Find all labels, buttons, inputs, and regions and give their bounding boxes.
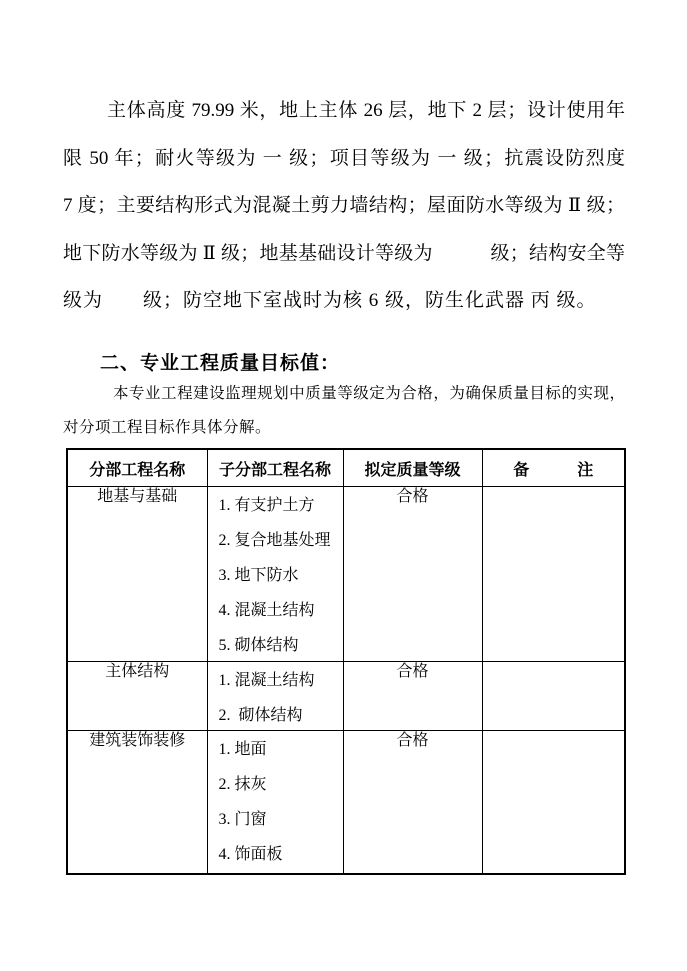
- quality-grade-cell: 合格: [343, 662, 482, 731]
- note-cell: [482, 662, 625, 731]
- intro-paragraph: 主体高度 79.99 米，地上主体 26 层，地下 2 层；设计使用年 限 50…: [63, 87, 625, 325]
- intro-line-3: 7 度；主要结构形式为混凝土剪力墙结构；屋面防水等级为 Ⅱ 级；: [63, 182, 625, 230]
- subdivision-item: 2. 抹灰: [219, 775, 339, 795]
- subdivision-item: 2. 砌体结构: [219, 706, 339, 726]
- section-paragraph: 本专业工程建设监理规划中质量等级定为合格，为确保质量目标的实现， 对分项工程目标…: [63, 377, 625, 445]
- subdivision-items-cell: 1. 混凝土结构 2. 砌体结构: [207, 662, 343, 731]
- quality-grade-cell: 合格: [343, 487, 482, 662]
- quality-target-table: 分部工程名称 子分部工程名称 拟定质量等级 备 注 地基与基础 1. 有支护土方…: [66, 448, 626, 875]
- document-page: 主体高度 79.99 米，地上主体 26 层，地下 2 层；设计使用年 限 50…: [0, 0, 687, 971]
- header-note: 备 注: [482, 449, 625, 487]
- subdivision-item: 2. 复合地基处理: [219, 531, 339, 551]
- subdivision-item: 4. 混凝土结构: [219, 601, 339, 621]
- subdivision-item: 1. 混凝土结构: [219, 671, 339, 691]
- intro-line-1: 主体高度 79.99 米，地上主体 26 层，地下 2 层；设计使用年: [63, 87, 625, 135]
- intro-line-2: 限 50 年；耐火等级为 一 级；项目等级为 一 级；抗震设防烈度: [63, 135, 625, 183]
- note-cell: [482, 731, 625, 874]
- section-heading: 二、专业工程质量目标值：: [63, 350, 625, 378]
- table-header-row: 分部工程名称 子分部工程名称 拟定质量等级 备 注: [67, 449, 625, 487]
- table-row-main-structure: 主体结构 1. 混凝土结构 2. 砌体结构 合格: [67, 662, 625, 731]
- table-row-decoration: 建筑装饰装修 1. 地面 2. 抹灰 3. 门窗 4. 饰面板 合格: [67, 731, 625, 874]
- subdivision-items-cell: 1. 有支护土方 2. 复合地基处理 3. 地下防水 4. 混凝土结构 5. 砌…: [207, 487, 343, 662]
- subdivision-item: 3. 地下防水: [219, 566, 339, 586]
- section-paragraph-line-2: 对分项工程目标作具体分解。: [63, 411, 625, 445]
- note-cell: [482, 487, 625, 662]
- division-name-cell: 建筑装饰装修: [67, 731, 207, 874]
- subdivision-items-cell: 1. 地面 2. 抹灰 3. 门窗 4. 饰面板: [207, 731, 343, 874]
- table-row-foundation: 地基与基础 1. 有支护土方 2. 复合地基处理 3. 地下防水 4. 混凝土结…: [67, 487, 625, 662]
- header-quality-grade: 拟定质量等级: [343, 449, 482, 487]
- header-division-name: 分部工程名称: [67, 449, 207, 487]
- subdivision-item: 1. 有支护土方: [219, 496, 339, 516]
- intro-line-4: 地下防水等级为 Ⅱ 级；地基基础设计等级为 级；结构安全等: [63, 230, 625, 278]
- header-subdivision-name: 子分部工程名称: [207, 449, 343, 487]
- subdivision-item: 3. 门窗: [219, 810, 339, 830]
- quality-grade-cell: 合格: [343, 731, 482, 874]
- subdivision-item: 4. 饰面板: [219, 845, 339, 865]
- division-name-cell: 地基与基础: [67, 487, 207, 662]
- division-name-cell: 主体结构: [67, 662, 207, 731]
- section-paragraph-line-1: 本专业工程建设监理规划中质量等级定为合格，为确保质量目标的实现，: [63, 377, 625, 411]
- subdivision-item: 1. 地面: [219, 740, 339, 760]
- intro-line-5: 级为 级；防空地下室战时为核 6 级，防生化武器 丙 级。: [63, 277, 625, 325]
- subdivision-item: 5. 砌体结构: [219, 636, 339, 656]
